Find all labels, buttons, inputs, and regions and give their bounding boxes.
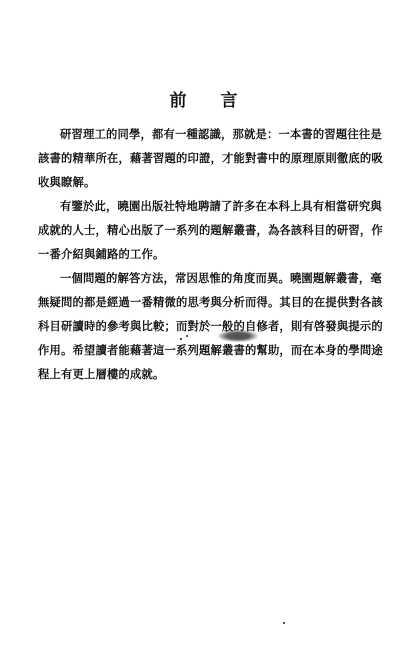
paragraph-1: 研習理工的同學，都有一種認識，那就是：一本書的習題往往是 該書的精華所在，藉著習…	[38, 122, 376, 194]
preface-body: 研習理工的同學，都有一種認識，那就是：一本書的習題往往是 該書的精華所在，藉著習…	[38, 122, 376, 386]
text-line: 成就的人士，精心出版了一系列的題解叢書，為各該科目的研習，作	[38, 218, 376, 242]
paragraph-2: 有鑒於此，曉園出版社特地聘請了許多在本科上具有相當研究與 成就的人士，精心出版了…	[38, 194, 376, 266]
scan-speck	[180, 338, 182, 340]
scan-speck	[186, 335, 188, 337]
text-line: 無疑問的都是經過一番精微的思考與分析而得。其目的在提供對各該	[38, 290, 376, 314]
text-line: 有鑒於此，曉園出版社特地聘請了許多在本科上具有相當研究與	[38, 194, 376, 218]
paragraph-3: 一個問題的解答方法，常因思惟的角度而異。曉園題解叢書，毫 無疑問的都是經過一番精…	[38, 266, 376, 386]
scan-speck	[283, 622, 285, 624]
text-line: 收與瞭解。	[38, 170, 376, 194]
text-line: 一個問題的解答方法，常因思惟的角度而異。曉園題解叢書，毫	[38, 266, 376, 290]
text-line: 程上有更上層樓的成就。	[38, 362, 376, 386]
text-line: 該書的精華所在，藉著習題的印證，才能對書中的原理原則徹底的吸	[38, 146, 376, 170]
text-line: 一番介紹與鋪路的工作。	[38, 242, 376, 266]
text-line: 作用。希望讀者能藉著這一系列題解叢書的幫助，而在本身的學問途	[38, 338, 376, 362]
page-title: 前言	[0, 86, 407, 111]
scan-smudge	[218, 330, 258, 342]
text-line: 科目研讀時的參考與比較；而對於一般的自修者，則有啓發與提示的	[38, 314, 376, 338]
text-line: 研習理工的同學，都有一種認識，那就是：一本書的習題往往是	[38, 122, 376, 146]
